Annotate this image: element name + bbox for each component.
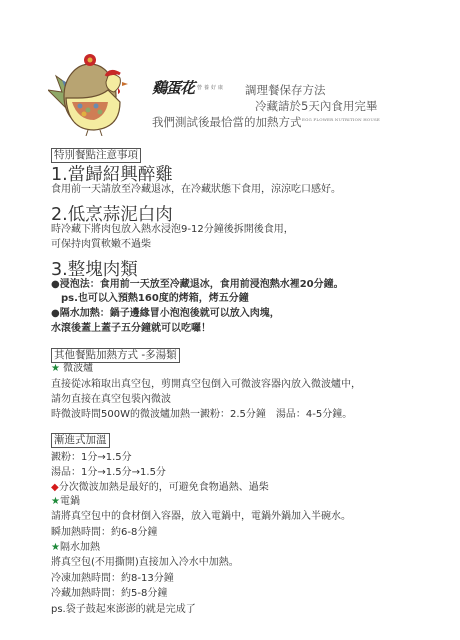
- page-title: 調理餐保存方法: [245, 82, 326, 98]
- gradual-note: 分次微波加熱是最好的，可避免食物過熱、過柴: [59, 482, 269, 493]
- item-text: 水滾後蓋上蓋子五分鐘就可以吃囉！: [51, 322, 211, 336]
- method-title-microwave: 微波爐: [63, 363, 93, 374]
- item-text: 食用前一天請放至冷藏退冰，在冷藏狀態下食用，涼涼吃口感好。: [51, 183, 341, 197]
- star-icon: ★: [51, 363, 60, 374]
- method-text: 冷凍加熱時間：約8-13分鐘: [51, 572, 174, 586]
- item-text: ps.也可以入預熱160度的烤箱，烤五分鐘: [61, 292, 249, 306]
- method-text: 請將真空包中的食材倒入容器，放入電鍋中，電鍋外鍋加入半碗水。: [51, 510, 351, 524]
- star-icon: ★: [51, 496, 60, 507]
- method-text: 時微波時間500W的微波爐加熱一澱粉：2.5分鐘 湯品：4-5分鐘。: [51, 408, 352, 422]
- method-title-rice-cooker: 電鍋: [60, 496, 80, 507]
- storage-note: 冷藏請於5天內食用完畢: [255, 98, 373, 114]
- method-title-water-bath: 隔水加熱: [60, 542, 100, 553]
- diamond-icon: ◆: [51, 482, 59, 493]
- brand-name: 鷄蛋花: [152, 77, 194, 98]
- item-text: ●浸泡法：食用前一天放至冷藏退冰，食用前浸泡熱水裡20分鐘。: [51, 278, 344, 292]
- method-text: 將真空包(不用撕開)直接加入冷水中加熱。: [51, 556, 239, 570]
- section-label-gradual: 漸進式加溫: [51, 433, 110, 448]
- item-text: 可保持肉質軟嫩不過柴: [51, 238, 151, 252]
- item-text: ●隔水加熱：鍋子邊緣冒小泡泡後就可以放入肉塊，: [51, 307, 280, 321]
- english-tagline: EGG FLOWER NUTRITION HOUSE: [302, 117, 380, 122]
- chicken-logo-icon: [48, 46, 134, 136]
- method-text: 瞬加熱時間：約6-8分鐘: [51, 526, 157, 540]
- section-label-other: 其他餐點加熱方式 -多湯類: [51, 348, 180, 363]
- gradual-text: 澱粉：1分→1.5分: [51, 451, 132, 465]
- item-text: 時冷藏下將肉包放入熱水浸泡9-12分鐘後拆開後食用，: [51, 223, 294, 237]
- method-text: 直接從冰箱取出真空包，剪開真空包倒入可微波容器內放入微波爐中，: [51, 378, 361, 392]
- star-icon: ★: [51, 542, 60, 553]
- heating-intro: 我們測試後最恰當的加熱方式: [152, 114, 302, 130]
- gradual-text: 湯品：1分→1.5分→1.5分: [51, 466, 166, 480]
- method-text: 冷藏加熱時間：約5-8分鐘: [51, 587, 167, 601]
- brand-slogan: 營養好康: [197, 84, 225, 91]
- method-text: 請勿直接在真空包裝內微波: [51, 393, 171, 407]
- method-text: ps.袋子鼓起來澎澎的就是完成了: [51, 603, 196, 617]
